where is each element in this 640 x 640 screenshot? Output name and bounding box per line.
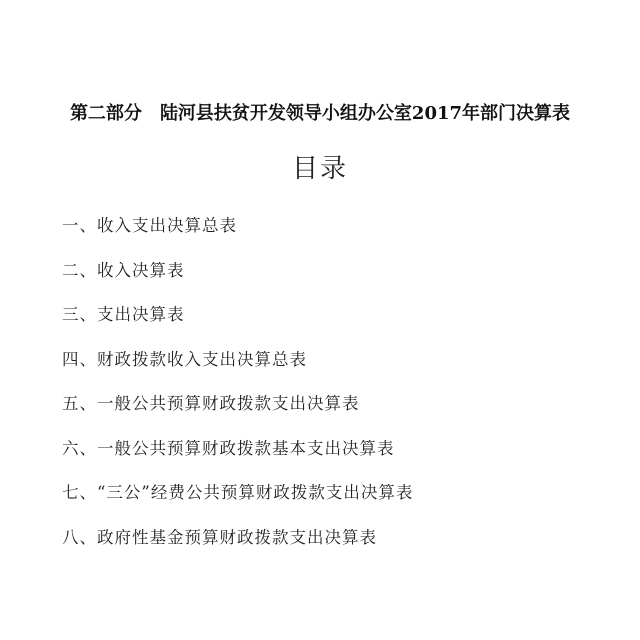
heading-part: 第二部分 [70,103,142,124]
toc-item: 五、一般公共预算财政拨款支出决算表 [62,393,413,438]
toc-item: 六、一般公共预算财政拨款基本支出决算表 [62,438,413,483]
heading-title: 陆河县扶贫开发领导小组办公室2017年部门决算表 [160,103,570,124]
toc-list: 一、收入支出决算总表 二、收入决算表 三、支出决算表 四、财政拨款收入支出决算总… [62,215,413,571]
toc-item: 七、“三公”经费公共预算财政拨款支出决算表 [62,482,413,527]
toc-item: 一、收入支出决算总表 [62,215,413,260]
toc-item: 三、支出决算表 [62,304,413,349]
document-heading: 第二部分陆河县扶贫开发领导小组办公室2017年部门决算表 [0,99,640,125]
toc-item: 八、政府性基金预算财政拨款支出决算表 [62,527,413,572]
toc-item: 二、收入决算表 [62,260,413,305]
toc-title: 目录 [0,148,640,185]
toc-item: 四、财政拨款收入支出决算总表 [62,349,413,394]
